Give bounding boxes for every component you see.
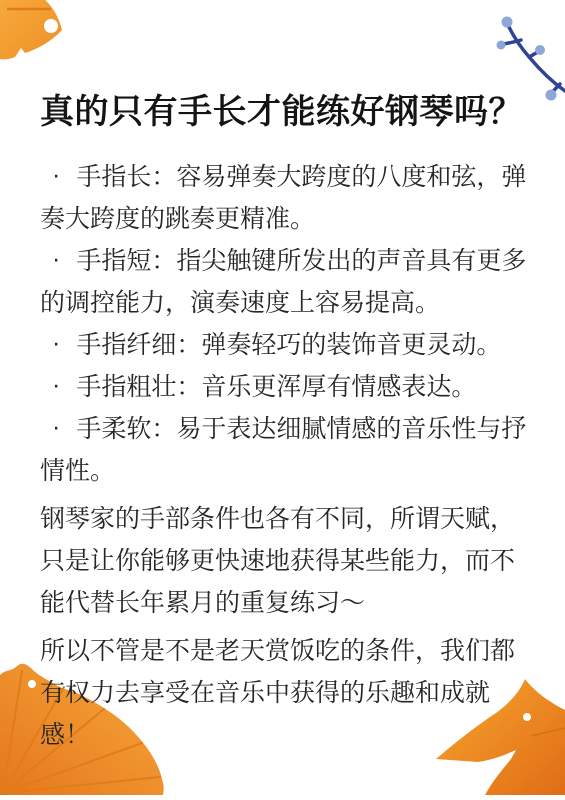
bullet-marker: · — [52, 406, 60, 448]
content-area: 真的只有手长才能练好钢琴吗？ ·手指长：容易弹奏大跨度的八度和弦，弹奏大跨度的跳… — [0, 0, 565, 756]
bullet-item: ·手指短：指尖触键所发出的声音具有更多的调控能力，演奏速度上容易提高。 — [40, 240, 529, 324]
bullet-item: ·手指长：容易弹奏大跨度的八度和弦，弹奏大跨度的跳奏更精准。 — [40, 156, 529, 240]
bullet-text: 手指长：容易弹奏大跨度的八度和弦，弹奏大跨度的跳奏更精准。 — [40, 163, 526, 233]
bullet-item: ·手指纤细：弹奏轻巧的装饰音更灵动。 — [40, 324, 529, 366]
bullet-item: ·手柔软：易于表达细腻情感的音乐性与抒情性。 — [40, 408, 529, 492]
paragraph-list: 钢琴家的手部条件也各有不同，所谓天赋，只是让你能够更快速地获得某些能力，而不能代… — [40, 498, 529, 756]
bullet-text: 手柔软：易于表达细腻情感的音乐性与抒情性。 — [40, 415, 526, 485]
paragraph: 所以不管是不是老天赏饭吃的条件，我们都有权力去享受在音乐中获得的乐趣和成就感！ — [40, 630, 529, 756]
page-title: 真的只有手长才能练好钢琴吗？ — [40, 90, 529, 134]
bullet-list: ·手指长：容易弹奏大跨度的八度和弦，弹奏大跨度的跳奏更精准。·手指短：指尖触键所… — [40, 156, 529, 492]
bullet-marker: · — [52, 322, 60, 364]
bullet-text: 手指短：指尖触键所发出的声音具有更多的调控能力，演奏速度上容易提高。 — [40, 247, 526, 317]
bullet-text: 手指粗壮：音乐更浑厚有情感表达。 — [76, 373, 476, 401]
bullet-item: ·手指粗壮：音乐更浑厚有情感表达。 — [40, 366, 529, 408]
bullet-marker: · — [52, 364, 60, 406]
bullet-marker: · — [52, 154, 60, 196]
infographic-card: 真的只有手长才能练好钢琴吗？ ·手指长：容易弹奏大跨度的八度和弦，弹奏大跨度的跳… — [0, 0, 565, 800]
bullet-text: 手指纤细：弹奏轻巧的装饰音更灵动。 — [76, 331, 501, 359]
paragraph: 钢琴家的手部条件也各有不同，所谓天赋，只是让你能够更快速地获得某些能力，而不能代… — [40, 498, 529, 624]
bullet-marker: · — [52, 238, 60, 280]
